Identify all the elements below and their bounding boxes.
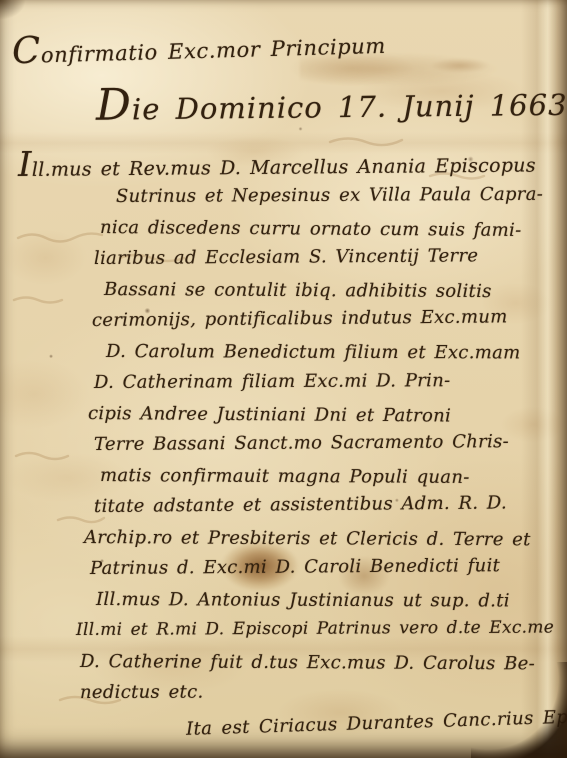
manuscript-line: Ill.mus et Rev.mus D. Marcellus Anania E…: [18, 145, 558, 181]
manuscript-line: titate adstante et assistentibus Adm. R.…: [94, 487, 558, 522]
manuscript-page: Confirmatio Exc.mor Principum Die Domini…: [0, 0, 567, 758]
confirmation-header: Confirmatio Exc.mor Principum: [11, 19, 386, 72]
page-edge-nick: [0, 0, 26, 20]
notary-signature: Ita est Ciriacus Durantes Canc.rius Ep.p…: [186, 705, 567, 740]
manuscript-line: nedictus etc.: [80, 675, 558, 708]
manuscript-line: cerimonijs, pontificalibus indutus Exc.m…: [92, 301, 558, 336]
manuscript-line: Patrinus d. Exc.mi D. Caroli Benedicti f…: [90, 550, 558, 584]
manuscript-line: Ill.mi et R.mi D. Episcopi Patrinus vero…: [76, 612, 558, 646]
manuscript-line: Sutrinus et Nepesinus ex Villa Paula Cap…: [116, 179, 558, 212]
manuscript-body: Ill.mus et Rev.mus D. Marcellus Anania E…: [18, 150, 558, 708]
manuscript-line: D. Catherinam filiam Exc.mi D. Prin-: [94, 365, 558, 398]
manuscript-line: Terre Bassani Sanct.mo Sacramento Chris-: [94, 426, 558, 460]
date-heading: Die Dominico 17. Junij 1663 —: [96, 75, 567, 130]
manuscript-line: D. Catherine fuit d.tus Exc.mus D. Carol…: [80, 646, 558, 680]
manuscript-line: Ill.mus D. Antonius Justinianus ut sup. …: [96, 584, 558, 617]
manuscript-line: liaribus ad Ecclesiam S. Vincentij Terre: [94, 240, 558, 274]
manuscript-line: D. Carolum Benedictum filium et Exc.mam: [106, 336, 558, 369]
